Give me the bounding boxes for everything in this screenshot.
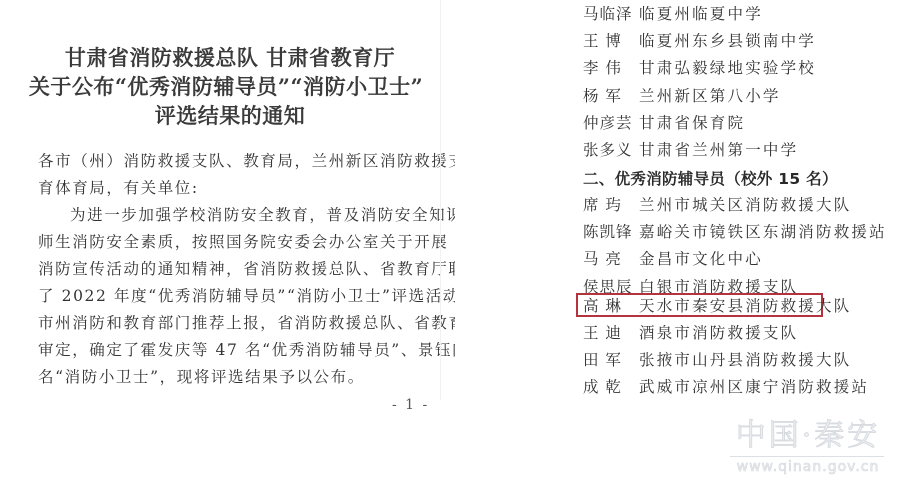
awardee-name: 李 伟	[583, 57, 639, 79]
awardee-org: 甘肃省保育院	[639, 112, 745, 134]
list-item: 李 伟甘肃弘毅绿地实验学校	[583, 57, 816, 79]
list-item-highlighted: 高 琳天水市秦安县消防救援大队	[583, 295, 851, 317]
site-watermark: 中国·秦安 www.qinan.gov.cn	[728, 418, 888, 475]
watermark-divider	[730, 456, 884, 457]
list-item: 王 博临夏州东乡县锁南中学	[583, 30, 816, 52]
awardee-org: 兰州市城关区消防救援大队	[639, 194, 851, 216]
list-item: 陈凯锋嘉峪关市镜铁区东湖消防救援站	[583, 221, 887, 243]
awardee-org: 兰州新区第八小学	[639, 85, 781, 107]
awardee-org: 酒泉市消防救援支队	[639, 322, 798, 344]
awardee-name: 陈凯锋	[583, 221, 639, 243]
awardee-org: 嘉峪关市镜铁区东湖消防救援站	[639, 221, 887, 243]
list-item: 仲彦芸甘肃省保育院	[583, 112, 745, 134]
awardee-org: 金昌市文化中心	[639, 248, 763, 270]
awardee-org: 武威市凉州区康宁消防救援站	[639, 376, 869, 398]
list-item: 席 玙兰州市城关区消防救援大队	[583, 194, 851, 216]
salutation-line-2: 育体育局，有关单位:	[38, 178, 424, 198]
salutation-line-1: 各市（州）消防救援支队、教育局，兰州新区消防救援支队、教	[38, 151, 424, 171]
awardee-name: 王 博	[583, 30, 639, 52]
body-paragraph-line: 审定，确定了霍发庆等 47 名“优秀消防辅导员”、景钰闵等 31	[38, 340, 424, 360]
list-item: 王 迪酒泉市消防救援支队	[583, 322, 798, 344]
page-number: - 1 -	[392, 397, 429, 413]
awardee-name: 王 迪	[583, 322, 639, 344]
page-edge-divider	[440, 0, 441, 400]
awardee-name: 田 军	[583, 349, 639, 371]
list-item: 田 军张掖市山丹县消防救援大队	[583, 349, 851, 371]
notice-title-line-1: 甘肃省消防救援总队 甘肃省教育厅	[0, 42, 460, 72]
list-item: 马临泽临夏州临夏中学	[583, 3, 763, 25]
body-paragraph-line: 了 2022 年度“优秀消防辅导员”“消防小卫士”评选活动。经各	[38, 286, 424, 306]
awardee-org: 临夏州临夏中学	[639, 3, 763, 25]
awardee-name: 高 琳	[583, 295, 639, 317]
body-paragraph-line: 名“消防小卫士”，现将评选结果予以公布。	[38, 367, 424, 387]
watermark-brand: 中国·秦安	[728, 418, 888, 454]
list-item: 张多义甘肃省兰州第一中学	[583, 139, 798, 161]
awardee-org: 临夏州东乡县锁南中学	[639, 30, 816, 52]
notice-title-line-3: 评选结果的通知	[0, 100, 460, 130]
awardee-org: 张掖市山丹县消防救援大队	[639, 349, 851, 371]
body-paragraph-line: 市州消防和教育部门推荐上报，省消防救援总队、省教育厅集中	[38, 313, 424, 333]
awardee-name: 成 乾	[583, 376, 639, 398]
awardee-org: 甘肃省兰州第一中学	[639, 139, 798, 161]
awardee-name: 仲彦芸	[583, 112, 639, 134]
awardee-name: 杨 军	[583, 85, 639, 107]
awardee-name: 马 亮	[583, 248, 639, 270]
list-item: 杨 军兰州新区第八小学	[583, 85, 781, 107]
watermark-url: www.qinan.gov.cn	[728, 459, 888, 475]
list-item: 成 乾武威市凉州区康宁消防救援站	[583, 376, 869, 398]
awardee-org: 天水市秦安县消防救援大队	[639, 295, 851, 317]
awardee-name: 席 玙	[583, 194, 639, 216]
body-paragraph-line: 为进一步加强学校消防安全教育，普及消防安全知识，提高	[70, 205, 424, 225]
awardee-name: 张多义	[583, 139, 639, 161]
notice-title-line-2: 关于公布“优秀消防辅导员”“消防小卫士”	[0, 71, 456, 101]
awardee-name: 马临泽	[583, 3, 639, 25]
document-page-1: 甘肃省消防救援总队 甘肃省教育厅 关于公布“优秀消防辅导员”“消防小卫士” 评选…	[0, 0, 455, 486]
body-paragraph-line: 消防宣传活动的通知精神，省消防救援总队、省教育厅联合开展	[38, 259, 424, 279]
body-paragraph-line: 师生消防安全素质，按照国务院安委会办公室关于开展 2022 年	[38, 232, 424, 252]
section-heading-external-counselors: 二、优秀消防辅导员（校外 15 名）	[583, 167, 838, 189]
list-item: 马 亮金昌市文化中心	[583, 248, 763, 270]
awardee-org: 甘肃弘毅绿地实验学校	[639, 57, 816, 79]
